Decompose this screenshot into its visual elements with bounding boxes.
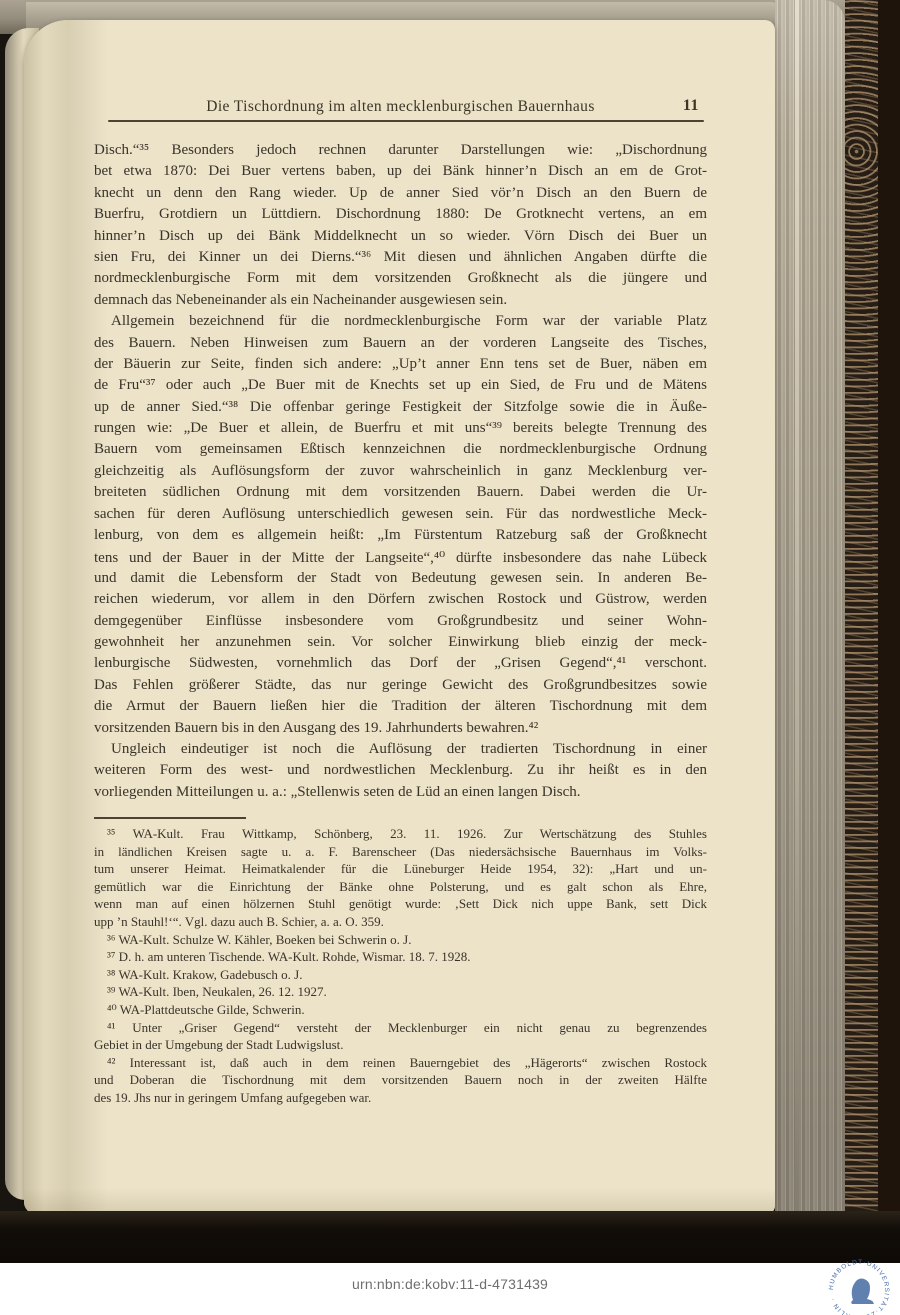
urn-label: urn:nbn:de:kobv:11-d-4731439: [352, 1276, 548, 1292]
body-text-line: Disch.“³⁵ Besonders jedoch rechnen darun…: [94, 142, 707, 163]
footnote-line: ³⁵ WA-Kult. Frau Wittkamp, Schönberg, 23…: [94, 826, 707, 844]
body-text-line: vorsitzenden Bauern bis in den Ausgang d…: [94, 720, 707, 741]
body-text-line: die Armut der Bauern ließen hier die Tra…: [94, 698, 707, 719]
body-text-line: weiteren Form des west- und nordwestlich…: [94, 762, 707, 783]
university-seal-stamp: HUMBOLDT·UNIVERSITÄT·ZU·BERLIN ·: [826, 1257, 892, 1315]
header-rule: [108, 120, 704, 122]
footnote-line: gemütlich war die Einrichtung der Bänke …: [94, 879, 707, 897]
page-number: 11: [683, 97, 699, 115]
body-text-line: gleichzeitig als Auflösungsform der zuvo…: [94, 463, 707, 484]
body-text-line: reichen wiederum, vor allem in den Dörfe…: [94, 591, 707, 612]
scan-shadow-bottom: [0, 1211, 900, 1263]
book-cover-edge: [878, 0, 900, 1263]
body-text-line: bet etwa 1870: Dei Buer vertens baben, u…: [94, 163, 707, 184]
footnote-line: Gebiet in der Umgebung der Stadt Ludwigs…: [94, 1037, 707, 1055]
body-text-line: tens und der Bauer in der Mitte der Lang…: [94, 548, 707, 569]
body-text-line: vorliegenden Mitteilungen u. a.: „Stelle…: [94, 784, 707, 805]
footnote-line: ³⁹ WA-Kult. Iben, Neukalen, 26. 12. 1927…: [94, 984, 707, 1002]
body-text-line: Allgemein bezeichnend für die nordmeckle…: [94, 313, 707, 334]
body-text-line: lenburg, von dem es allgemein heißt: „Im…: [94, 527, 707, 548]
body-text-line: Buerfru, Grotdiern un Lüttdiern. Dischor…: [94, 206, 707, 227]
running-header-title: Die Tischordnung im alten mecklenburgisc…: [206, 98, 595, 115]
page-edge-highlight: [795, 0, 799, 1244]
footnote-line: ⁴⁰ WA-Plattdeutsche Gilde, Schwerin.: [94, 1002, 707, 1020]
footnote-line: upp ’n Stauhl!‘“. Vgl. dazu auch B. Schi…: [94, 914, 707, 932]
body-text-line: Ungleich eindeutiger ist noch die Auflös…: [94, 741, 707, 762]
footnote-line: und Doberan die Tischordnung mit dem vor…: [94, 1072, 707, 1090]
footnote-line: in ländlichen Kreisen sagte u. a. F. Bar…: [94, 844, 707, 862]
body-text-line: up de anner Sied.“³⁸ Die offenbar gering…: [94, 399, 707, 420]
stamp-head-icon: [851, 1279, 874, 1304]
marbled-cover-edge: [845, 0, 878, 1263]
body-text: Disch.“³⁵ Besonders jedoch rechnen darun…: [94, 142, 707, 805]
book-scan: Die Tischordnung im alten mecklenburgisc…: [0, 0, 900, 1315]
body-text-line: de Fru“³⁷ oder auch „De Buer mit de Knec…: [94, 377, 707, 398]
body-text-line: hinner’n Disch up dei Bänk Middelknecht …: [94, 228, 707, 249]
footnote-line: des 19. Jhs nur in geringem Umfang aufge…: [94, 1090, 707, 1108]
footnote-line: ³⁷ D. h. am unteren Tischende. WA-Kult. …: [94, 949, 707, 967]
footnote-line: ⁴¹ Unter „Griser Gegend“ versteht der Me…: [94, 1020, 707, 1038]
footnotes: ³⁵ WA-Kult. Frau Wittkamp, Schönberg, 23…: [94, 826, 707, 1108]
book-page: Die Tischordnung im alten mecklenburgisc…: [24, 20, 775, 1214]
body-text-line: gewohnheit her anzunehmen sein. Vor solc…: [94, 634, 707, 655]
body-text-line: der Bäuerin zur Seite, finden sich ander…: [94, 356, 707, 377]
body-text-line: lenburgische Südwesten, vornehmlich das …: [94, 655, 707, 676]
footnote-line: ⁴² Interessant ist, daß auch in dem rein…: [94, 1055, 707, 1073]
footnote-line: wenn man auf einen hölzernen Stuhl genöt…: [94, 896, 707, 914]
footnote-separator: [94, 817, 246, 819]
page-block-edge-right: [775, 0, 845, 1244]
body-text-line: demnach das Nebeneinander als ein Nachei…: [94, 292, 707, 313]
body-text-line: rungen wie: „De Buer et allein, de Buerf…: [94, 420, 707, 441]
body-text-line: knecht un denn den Rang wieder. Up de an…: [94, 185, 707, 206]
body-text-line: sien Fru, dei Kinner un dei Dierns.“³⁶ M…: [94, 249, 707, 270]
body-text-line: demgegenüber Einflüsse insbesondere vom …: [94, 613, 707, 634]
footnote-line: ³⁶ WA-Kult. Schulze W. Kähler, Boeken be…: [94, 932, 707, 950]
body-text-line: und damit die Lebensform der Stadt von B…: [94, 570, 707, 591]
footnote-line: tum unserer Heimat. Heimatkalender für d…: [94, 861, 707, 879]
body-text-line: breiteten südlichen Ordnung mit dem vors…: [94, 484, 707, 505]
body-text-line: Bauern vom gemeinsamen Eßtisch kennzeich…: [94, 441, 707, 462]
viewer-footer: urn:nbn:de:kobv:11-d-4731439 HUMBOLDT·UN…: [0, 1263, 900, 1315]
footnote-line: ³⁸ WA-Kult. Krakow, Gadebusch o. J.: [94, 967, 707, 985]
body-text-line: sachen für deren Auflösung unterschiedli…: [94, 506, 707, 527]
running-header: Die Tischordnung im alten mecklenburgisc…: [94, 98, 707, 116]
body-text-line: des Bauern. Neben Hinweisen zum Bauern a…: [94, 335, 707, 356]
body-text-line: nordmecklenburgische Form mit dem vorsit…: [94, 270, 707, 291]
body-text-line: Das Fehlen größerer Städte, das nur geri…: [94, 677, 707, 698]
